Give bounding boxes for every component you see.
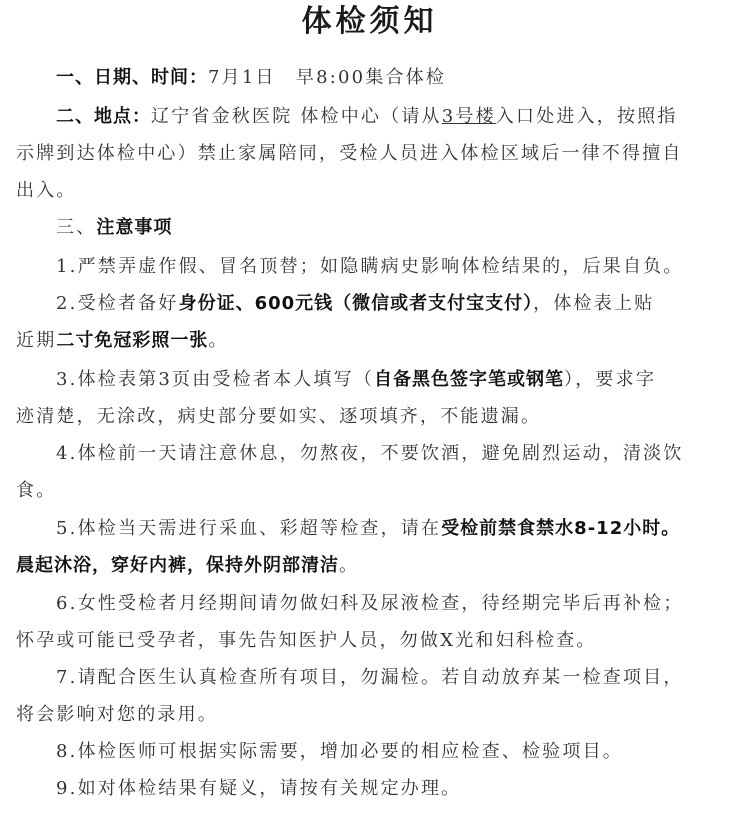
location-text: 辽宁省金秋医院 体检中心（请从 — [151, 106, 442, 127]
note-item-5-line2: 晨起沐浴，穿好内裤，保持外阴部清洁。 — [0, 554, 739, 578]
section-date-time: 一、日期、时间：7月1日 早8:00集合体检 — [0, 66, 739, 90]
note-text: ，体检表上贴 — [533, 293, 654, 314]
section-notes-prefix: 三、 — [56, 217, 96, 238]
note-item-1: 1.严禁弄虚作假、冒名顶替；如隐瞒病史影响体检结果的，后果自负。 — [0, 255, 739, 279]
note-item-2-line2: 近期二寸免冠彩照一张。 — [0, 329, 739, 353]
note-text: 。 — [339, 555, 359, 576]
note-text: 近期 — [16, 330, 56, 351]
section-date-time-value: 7月1日 早8:00集合体检 — [208, 67, 446, 88]
section-notes-heading: 三、注意事项 — [0, 216, 739, 240]
note-item-7-line2: 将会影响对您的录用。 — [0, 703, 739, 727]
note-item-6: 6.女性受检者月经期间请勿做妇科及尿液检查，待经期完毕后再补检； — [0, 592, 739, 616]
note-emphasis: 受检前禁食禁水8-12小时。 — [441, 518, 680, 539]
note-item-5: 5.体检当天需进行采血、彩超等检查，请在受检前禁食禁水8-12小时。 — [0, 517, 739, 541]
note-item-6-line2: 怀孕或可能已受孕者，事先告知医护人员，勿做X光和妇科检查。 — [0, 629, 739, 653]
section-location-line2: 示牌到达体检中心）禁止家属陪同，受检人员进入体检区域后一律不得擅自 — [0, 142, 739, 166]
note-item-2: 2.受检者备好身份证、600元钱（微信或者支付宝支付），体检表上贴 — [0, 292, 739, 316]
note-item-3-line2: 迹清楚，无涂改，病史部分要如实、逐项填齐，不能遗漏。 — [0, 405, 739, 429]
note-text: 3.体检表第3页由受检者本人填写（ — [56, 369, 374, 390]
note-emphasis: 二寸免冠彩照一张 — [56, 330, 208, 351]
note-text: 。 — [208, 330, 228, 351]
note-emphasis: 晨起沐浴，穿好内裤，保持外阴部清洁 — [16, 555, 339, 576]
note-text: 5.体检当天需进行采血、彩超等检查，请在 — [56, 518, 441, 539]
note-item-4-line2: 食。 — [0, 479, 739, 503]
building-number: 3号楼 — [442, 106, 496, 127]
location-text-cont: 入口处进入，按照指 — [496, 106, 678, 127]
section-location-label: 二、地点： — [56, 106, 151, 127]
note-item-8: 8.体检医师可根据实际需要，增加必要的相应检查、检验项目。 — [0, 740, 739, 764]
section-location-line3: 出入。 — [0, 179, 739, 203]
section-location: 二、地点：辽宁省金秋医院 体检中心（请从3号楼入口处进入，按照指 — [0, 105, 739, 129]
note-item-4: 4.体检前一天请注意休息，勿熬夜，不要饮酒，避免剧烈运动，清淡饮 — [0, 442, 739, 466]
section-date-time-label: 一、日期、时间： — [56, 67, 208, 88]
note-emphasis: 自备黑色签字笔或钢笔 — [374, 369, 564, 390]
note-item-3: 3.体检表第3页由受检者本人填写（自备黑色签字笔或钢笔），要求字 — [0, 368, 739, 392]
note-text: ），要求字 — [564, 369, 656, 390]
section-notes-label: 注意事项 — [96, 217, 172, 238]
note-item-7: 7.请配合医生认真检查所有项目，勿漏检。若自动放弃某一检查项目， — [0, 666, 739, 690]
document-title: 体检须知 — [0, 2, 739, 42]
note-emphasis: 身份证、600元钱（微信或者支付宝支付） — [179, 293, 534, 314]
note-item-9: 9.如对体检结果有疑义，请按有关规定办理。 — [0, 777, 739, 801]
note-text: 2.受检者备好 — [56, 293, 179, 314]
